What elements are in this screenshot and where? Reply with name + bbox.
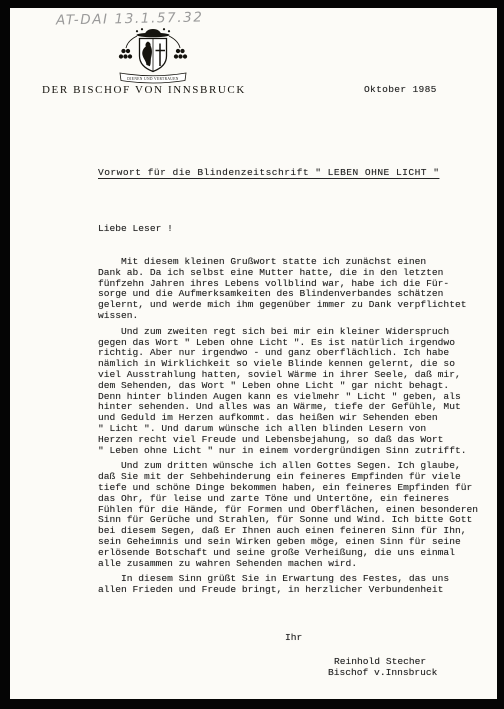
scanned-letter: AT-DAI 13.1.57.32 bbox=[0, 0, 504, 709]
episcopal-coat-of-arms-icon: DIENEN UND VERTRAUEN bbox=[106, 25, 200, 85]
letter-page: AT-DAI 13.1.57.32 bbox=[10, 8, 497, 699]
paragraph-2: Und zum zweiten regt sich bei mir ein kl… bbox=[98, 327, 494, 457]
paragraph-1: Mit diesem kleinen Grußwort statte ich z… bbox=[98, 257, 494, 322]
letter-title: Vorwort für die Blindenzeitschrift " LEB… bbox=[98, 168, 439, 179]
sender-line: DER BISCHOF VON INNSBRUCK bbox=[42, 84, 246, 96]
crest-motto-text: DIENEN UND VERTRAUEN bbox=[127, 77, 178, 81]
paragraph-4: In diesem Sinn grüßt Sie in Erwartung de… bbox=[98, 574, 494, 596]
signature-title: Bischof v.Innsbruck bbox=[328, 667, 437, 678]
signature-block: Reinhold Stecher Bischof v.Innsbruck bbox=[328, 656, 437, 678]
letter-date: Oktober 1985 bbox=[364, 85, 437, 96]
shield-icon bbox=[140, 39, 167, 72]
letter-body: Mit diesem kleinen Grußwort statte ich z… bbox=[98, 257, 494, 601]
signature-name: Reinhold Stecher bbox=[328, 656, 437, 667]
salutation: Liebe Leser ! bbox=[98, 224, 173, 235]
paragraph-3: Und zum dritten wünsche ich allen Gottes… bbox=[98, 461, 494, 569]
closing-word: Ihr bbox=[285, 633, 302, 644]
motto-banner: DIENEN UND VERTRAUEN bbox=[120, 73, 186, 83]
galero-hat-icon bbox=[136, 28, 170, 37]
